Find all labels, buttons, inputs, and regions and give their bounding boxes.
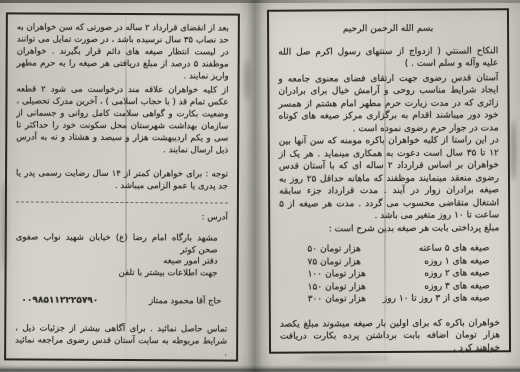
scan-artifact (2, 180, 7, 270)
price-unit: هزار تومان (320, 243, 361, 256)
price-row: صیغه های ۵ ساعته ۵۰هزار تومان (307, 242, 489, 256)
phone-number: ۰۰۹۸۵۱۱۲۲۲۵۷۹۰ (21, 294, 98, 306)
price-row: صیغه های از ۳ روز تا ۱۰ روز ۳۰۰هزار توما… (308, 292, 490, 306)
page-left: بعد از انقضای قرارداد ۲ ساله در صورتی که… (0, 0, 256, 372)
page-right: بسم الله الرحمن الرحيم النكاح السنتي ( ا… (256, 0, 520, 372)
fold-crease-left-page (125, 0, 127, 372)
fold-crease-right-page (384, 0, 386, 372)
price-row: صیغه های ۲ روزه ۱۰۰هزار تومان (308, 267, 490, 281)
price-item: صیغه های ۲ روزه (424, 267, 489, 280)
paragraph-contact-instructions: تماس حاصل نمائید . برای آگاهی بیشتر از ج… (15, 322, 227, 359)
price-row: صیغه های ۳ روزه ۱۵۰هزار تومان (308, 280, 490, 294)
phone-row: حاج آقا محمود ممتاز ۰۰۹۸۵۱۱۲۲۲۵۷۹۰ (15, 294, 227, 307)
page-gutter-shadow (238, 0, 272, 372)
price-unit: هزار تومان (325, 268, 366, 281)
basmala-heading: بسم الله الرحمن الرحيم (278, 22, 498, 36)
scan-artifact (511, 120, 516, 180)
price-value: ۱۵۰هزار تومان (308, 281, 366, 294)
price-unit: هزار تومان (320, 256, 361, 269)
price-value: ۳۰۰هزار تومان (308, 293, 366, 306)
price-amount: ۱۰۰ (308, 268, 323, 281)
page-left-frame: بعد از انقضای قرارداد ۲ ساله در صورتی که… (4, 12, 240, 361)
paragraph-contract-terms: در این راستا از کلیه خواهران باکره مومنه… (279, 134, 500, 223)
note-parental-consent: توجه : برای خواهران کمتر از ۱۴ سال رضایت… (16, 167, 228, 192)
price-row: صیغه های ۱ روزه ۷۵هزار تومان (307, 255, 489, 269)
scan-artifact (300, 355, 390, 361)
price-value: ۵۰هزار تومان (307, 243, 360, 256)
address-block: مشهد بارگاه امام رضا (ع) خیابان شهید نوا… (16, 232, 228, 279)
contact-name: حاج آقا محمود ممتاز (149, 295, 221, 307)
address-line-3: جهت اطلاعات بیشتر با تلفن (16, 267, 218, 280)
scan-bottom-edge (0, 365, 520, 372)
paragraph-first-time-clause: خواهران باکره که برای اولین بار صیغه میش… (280, 317, 500, 356)
paragraph-nikah-intro: النكاح السنتي ( ازدواج از سنتهای رسول اک… (278, 45, 498, 71)
price-amount: ۵۰ (307, 243, 317, 256)
paragraph-organization-announcement: آستان قدس رضوی جهت ارتقای فضای معنوی جام… (278, 72, 498, 136)
address-line-1: مشهد بارگاه امام رضا (ع) خیابان شهید نوا… (16, 232, 218, 256)
price-list-intro: مبلغ پرداختی بابت هر صیغه بدین شرح است : (279, 222, 499, 236)
price-value: ۷۵هزار تومان (307, 256, 360, 269)
price-item: صیغه های ۱ روزه (424, 255, 489, 268)
price-unit: هزار تومان (325, 281, 366, 294)
price-amount: ۳۰۰ (308, 293, 323, 306)
price-amount: ۷۵ (307, 256, 317, 269)
price-amount: ۱۵۰ (308, 281, 323, 294)
address-label: آدرس : (16, 210, 228, 223)
price-item: صیغه های ۵ ساعته (419, 242, 490, 255)
paragraph-required-documents: از کلیه خواهران علاقه مند درخواست می شود… (16, 83, 228, 156)
price-unit: هزار تومان (325, 293, 366, 306)
price-item: صیغه های ۳ روزه (424, 280, 489, 293)
price-table: صیغه های ۵ ساعته ۵۰هزار تومان صیغه های ۱… (307, 242, 489, 306)
price-item: صیغه های از ۳ روز تا ۱۰ روز (383, 292, 490, 305)
price-value: ۱۰۰هزار تومان (308, 268, 366, 281)
page-right-frame: بسم الله الرحمن الرحيم النكاح السنتي ( ا… (267, 8, 511, 353)
scan-top-edge (0, 0, 520, 3)
section-divider (16, 201, 228, 203)
scan-artifact (244, 60, 250, 100)
scanned-leaflet: بعد از انقضای قرارداد ۲ ساله در صورتی که… (0, 0, 520, 372)
paragraph-contract-renewal: بعد از انقضای قرارداد ۲ ساله در صورتی که… (17, 21, 229, 82)
